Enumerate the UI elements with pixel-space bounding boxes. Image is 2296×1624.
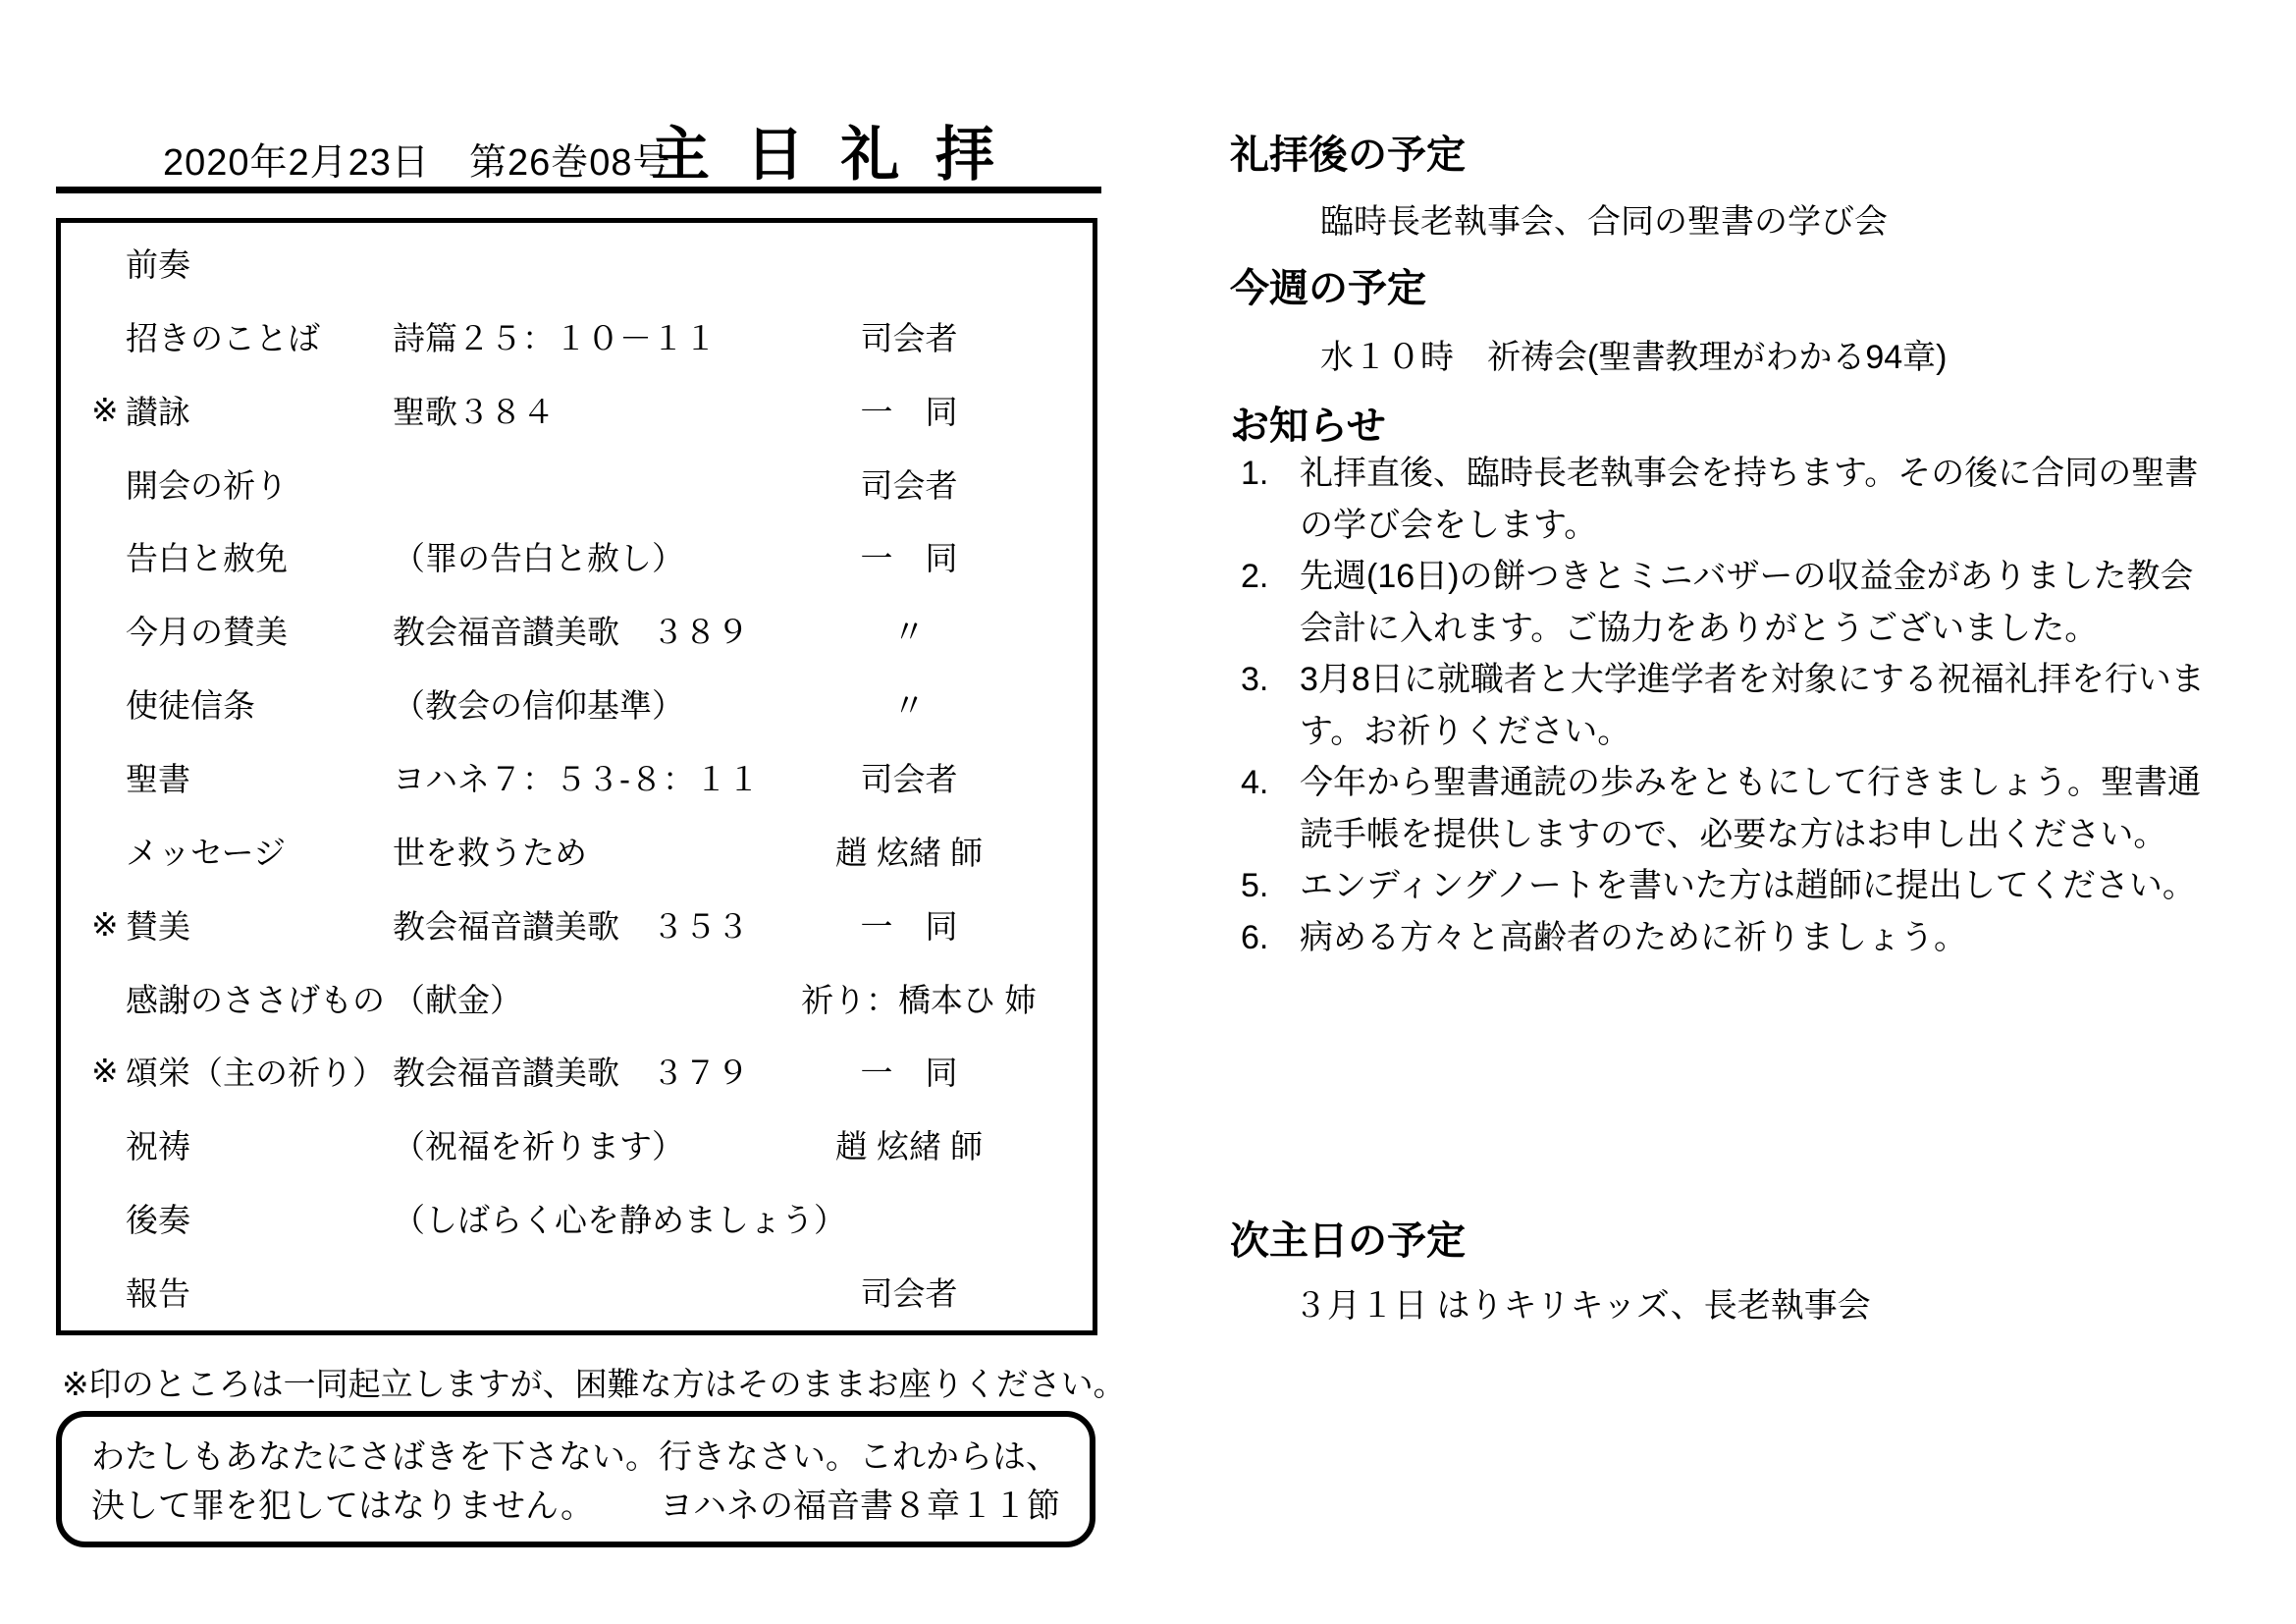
announcement-number: 5. [1235, 860, 1300, 912]
bulletin-page: 2020年2月23日 第26巻08号 主 日 礼 拝 前奏 招きのことば 詩篇２… [0, 0, 2296, 1624]
worship-item-detail: （教会の信仰基準） [393, 680, 801, 727]
worship-item-label: 頌栄（主の祈り） [126, 1048, 393, 1094]
announcement-line: 今年から聖書通読の歩みをともにして行きましょう。聖書通 [1300, 757, 2228, 809]
announcement-item: 4. 今年から聖書通読の歩みをともにして行きましょう。聖書通 読手帳を提供します… [1235, 757, 2228, 860]
section-heading-next-sunday: 次主日の予定 [1230, 1210, 1466, 1266]
section-heading-announcements: お知らせ [1230, 395, 1386, 451]
announcement-text: 先週(16日)の餅つきとミニバザーの収益金がありました教会 会計に入れます。ご協… [1300, 551, 2228, 654]
worship-item-person: 一 同 [801, 533, 1017, 579]
worship-item-label: 感謝のささげもの [126, 975, 393, 1021]
worship-item-person: 司会者 [801, 460, 1017, 507]
worship-item-label: 賛美 [126, 901, 393, 947]
announcement-number: 3. [1235, 654, 1300, 706]
announcement-line: 3月8日に就職者と大学進学者を対象にする祝福礼拝を行いま [1300, 654, 2228, 706]
worship-item-label: 使徒信条 [126, 680, 393, 727]
worship-item-detail: 教会福音讃美歌 ３５３ [393, 901, 801, 947]
announcement-line: 読手帳を提供しますので、必要な方はお申し出ください。 [1300, 809, 2228, 861]
page-title: 主 日 礼 拝 [651, 108, 1004, 192]
worship-item-detail: 聖歌３８４ [393, 387, 801, 433]
worship-item-detail: 教会福音讃美歌 ３７９ [393, 1048, 801, 1094]
worship-item-detail: 詩篇２５：１０－１１ [393, 313, 801, 359]
worship-row: 告白と赦免 （罪の告白と赦し） 一 同 [61, 519, 1093, 593]
verse-box: わたしもあなたにさばきを下さない。行きなさい。これからは、 決して罪を犯してはな… [56, 1411, 1095, 1547]
worship-row: 後奏 （しばらく心を静めましょう） [61, 1181, 1093, 1255]
next-sunday-body: ３月１日 はりキリキッズ、長老執事会 [1294, 1278, 1871, 1326]
worship-row: 報告 司会者 [61, 1255, 1093, 1328]
worship-item-detail: （祝福を祈ります） [393, 1121, 801, 1167]
announcement-line: の学び会をします。 [1300, 500, 2228, 552]
section-heading-after-worship: 礼拝後の予定 [1230, 124, 1466, 180]
worship-row: 前奏 [61, 226, 1093, 299]
announcement-line: エンディングノートを書いた方は趙師に提出してください。 [1300, 860, 2228, 912]
worship-item-label: 前奏 [126, 240, 393, 286]
worship-row: 使徒信条 （教会の信仰基準） 〃 [61, 667, 1093, 740]
worship-item-person: 趙 炫緒 師 [801, 1121, 1017, 1167]
worship-item-person: 〃 [801, 607, 1017, 653]
worship-row: ※ 賛美 教会福音讃美歌 ３５３ 一 同 [61, 888, 1093, 961]
worship-item-person: 司会者 [801, 754, 1017, 800]
worship-item-person: 司会者 [801, 1269, 1017, 1315]
announcement-line: 先週(16日)の餅つきとミニバザーの収益金がありました教会 [1300, 551, 2228, 603]
order-of-worship-box: 前奏 招きのことば 詩篇２５：１０－１１ 司会者 ※ 讃詠 聖歌３８４ 一 同 … [56, 218, 1097, 1335]
worship-row: 今月の賛美 教会福音讃美歌 ３８９ 〃 [61, 593, 1093, 667]
issue-date: 2020年2月23日 [163, 132, 430, 186]
announcement-number: 6. [1235, 912, 1300, 964]
worship-item-detail: 世を救うため [393, 828, 801, 874]
worship-item-person: 趙 炫緒 師 [801, 828, 1017, 874]
worship-item-label: 讃詠 [126, 387, 393, 433]
worship-row: 祝祷 （祝福を祈ります） 趙 炫緒 師 [61, 1108, 1093, 1181]
worship-item-label: 告白と赦免 [126, 533, 393, 579]
worship-item-detail: （罪の告白と赦し） [393, 533, 801, 579]
header-divider [56, 187, 1101, 193]
worship-item-label: 祝祷 [126, 1121, 393, 1167]
announcement-item: 2. 先週(16日)の餅つきとミニバザーの収益金がありました教会 会計に入れます… [1235, 551, 2228, 654]
standing-marker: ※ [91, 905, 126, 944]
announcement-text: エンディングノートを書いた方は趙師に提出してください。 [1300, 860, 2228, 912]
verse-line1: わたしもあなたにさばきを下さない。行きなさい。これからは、 [91, 1433, 1060, 1482]
after-worship-body: 臨時長老執事会、合同の聖書の学び会 [1320, 194, 1888, 243]
worship-row: ※ 頌栄（主の祈り） 教会福音讃美歌 ３７９ 一 同 [61, 1034, 1093, 1108]
worship-row: 招きのことば 詩篇２５：１０－１１ 司会者 [61, 299, 1093, 373]
worship-item-detail: ヨハネ７：５３-８：１１ [393, 754, 801, 800]
worship-item-person: 祈り：橋本ひ 姉 [801, 975, 1017, 1021]
announcement-text: 今年から聖書通読の歩みをともにして行きましょう。聖書通 読手帳を提供しますので、… [1300, 757, 2228, 860]
announcement-number: 1. [1235, 448, 1300, 500]
announcement-line: 会計に入れます。ご協力をありがとうございました。 [1300, 603, 2228, 655]
announcement-item: 1. 礼拝直後、臨時長老執事会を持ちます。その後に合同の聖書 の学び会をします。 [1235, 448, 2228, 551]
worship-item-label: 後奏 [126, 1195, 393, 1241]
verse-line2-text: 決して罪を犯してはなりません。 [91, 1482, 594, 1531]
announcement-text: 3月8日に就職者と大学進学者を対象にする祝福礼拝を行いま す。お祈りください。 [1300, 654, 2228, 757]
worship-item-person: 司会者 [801, 313, 1017, 359]
worship-item-label: 聖書 [126, 754, 393, 800]
worship-row: メッセージ 世を救うため 趙 炫緒 師 [61, 814, 1093, 888]
announcement-line: 礼拝直後、臨時長老執事会を持ちます。その後に合同の聖書 [1300, 448, 2228, 500]
announcement-item: 3. 3月8日に就職者と大学進学者を対象にする祝福礼拝を行いま す。お祈りくださ… [1235, 654, 2228, 757]
standing-note: ※印のところは一同起立しますが、困難な方はそのままお座りください。 [62, 1359, 1126, 1405]
verse-citation: ヨハネの福音書８章１１節 [660, 1482, 1060, 1531]
announcements-list: 1. 礼拝直後、臨時長老執事会を持ちます。その後に合同の聖書 の学び会をします。… [1235, 448, 2228, 963]
worship-item-label: 招きのことば [126, 313, 393, 359]
worship-row: 聖書 ヨハネ７：５３-８：１１ 司会者 [61, 740, 1093, 814]
announcement-number: 4. [1235, 757, 1300, 809]
verse-line2: 決して罪を犯してはなりません。 ヨハネの福音書８章１１節 [91, 1482, 1060, 1531]
announcement-item: 6. 病める方々と高齢者のために祈りましょう。 [1235, 912, 2228, 964]
worship-item-detail: （献金） [393, 975, 801, 1021]
announcement-text: 礼拝直後、臨時長老執事会を持ちます。その後に合同の聖書 の学び会をします。 [1300, 448, 2228, 551]
standing-marker: ※ [91, 391, 126, 429]
issue-number: 第26巻08号 [469, 132, 671, 186]
worship-item-person: 一 同 [801, 901, 1017, 947]
announcement-number: 2. [1235, 551, 1300, 603]
worship-row: 感謝のささげもの （献金） 祈り：橋本ひ 姉 [61, 961, 1093, 1035]
worship-row: 開会の祈り 司会者 [61, 447, 1093, 520]
worship-item-detail: （しばらく心を静めましょう） [393, 1195, 846, 1241]
standing-marker: ※ [91, 1052, 126, 1090]
announcement-item: 5. エンディングノートを書いた方は趙師に提出してください。 [1235, 860, 2228, 912]
announcement-line: 病める方々と高齢者のために祈りましょう。 [1300, 912, 2228, 964]
announcement-text: 病める方々と高齢者のために祈りましょう。 [1300, 912, 2228, 964]
announcement-line: す。お祈りください。 [1300, 706, 2228, 758]
worship-item-person: 一 同 [801, 387, 1017, 433]
worship-item-label: 今月の賛美 [126, 607, 393, 653]
worship-item-person: 〃 [801, 680, 1017, 727]
worship-item-detail: 教会福音讃美歌 ３８９ [393, 607, 801, 653]
worship-row: ※ 讃詠 聖歌３８４ 一 同 [61, 373, 1093, 447]
section-heading-this-week: 今週の予定 [1230, 257, 1426, 313]
worship-item-label: 開会の祈り [126, 460, 393, 507]
this-week-body: 水１０時 祈祷会(聖書教理がわかる94章) [1320, 330, 1947, 378]
worship-item-person: 一 同 [801, 1048, 1017, 1094]
worship-item-label: メッセージ [126, 828, 393, 874]
worship-item-label: 報告 [126, 1269, 393, 1315]
